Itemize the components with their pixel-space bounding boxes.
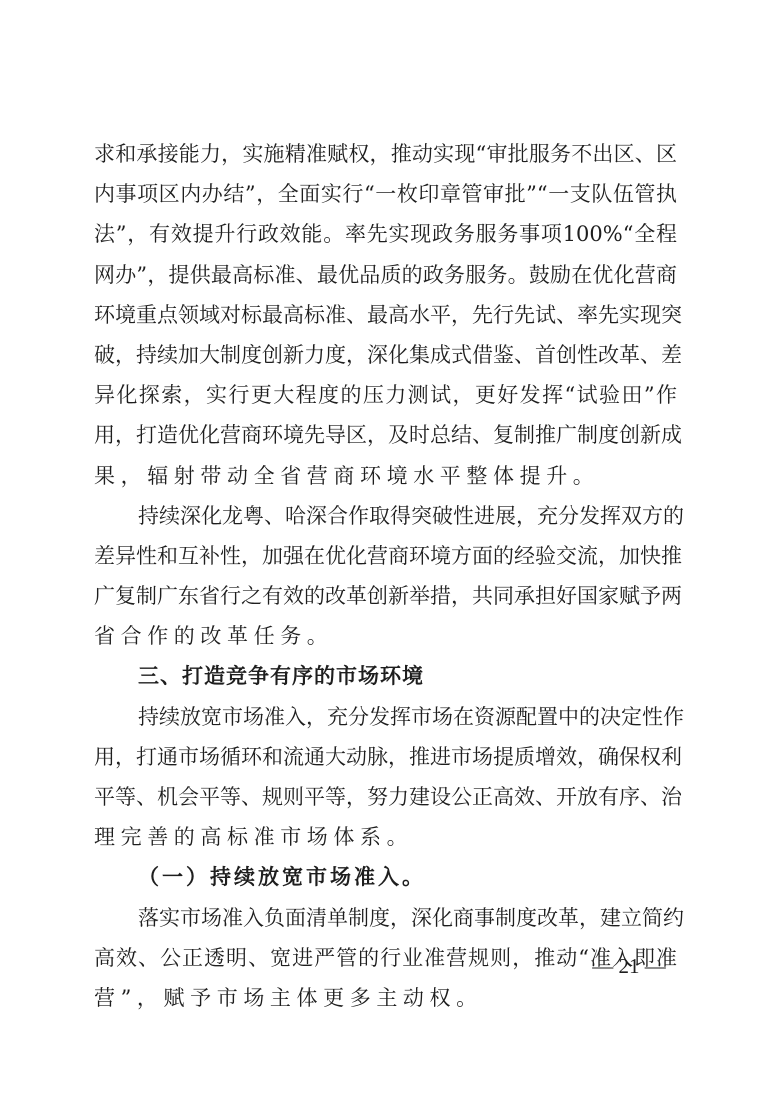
paragraph-line: 持续深化龙粤、哈深合作取得突破性进展，充分发挥双方的 [94, 496, 677, 536]
subsection-heading: （一）持续放宽市场准入。 [94, 857, 677, 897]
paragraph-line: 用，打造优化营商环境先导区，及时总结、复制推广制度创新成 [94, 415, 677, 455]
paragraph-line: 落实市场准入负面清单制度，深化商事制度改革，建立简约 [94, 898, 677, 938]
paragraph-line: 平等、机会平等、规则平等，努力建设公正高效、开放有序、治 [94, 777, 677, 817]
paragraph-line: 持续放宽市场准入，充分发挥市场在资源配置中的决定性作 [94, 697, 677, 737]
page-number: — 21 — [584, 954, 674, 979]
paragraph-line: 求和承接能力，实施精准赋权，推动实现“审批服务不出区、区 [94, 134, 677, 174]
paragraph-line: 法”，有效提升行政效能。率先实现政务服务事项100%“全程 [94, 214, 677, 254]
paragraph-line: 理完善的高标准市场体系。 [94, 817, 677, 857]
paragraph-line: 果，辐射带动全省营商环境水平整体提升。 [94, 456, 677, 496]
section-heading: 三、打造竞争有序的市场环境 [94, 656, 677, 696]
paragraph-line: 营”，赋予市场主体更多主动权。 [94, 978, 677, 1018]
paragraph-line: 异化探索，实行更大程度的压力测试，更好发挥“试验田”作 [94, 375, 677, 415]
paragraph-line: 环境重点领域对标最高标准、最高水平，先行先试、率先实现突 [94, 295, 677, 335]
paragraph-line: 省合作的改革任务。 [94, 616, 677, 656]
paragraph-line: 内事项区内办结”，全面实行“一枚印章管审批”“一支队伍管执 [94, 174, 677, 214]
paragraph-line: 网办”，提供最高标准、最优品质的政务服务。鼓励在优化营商 [94, 255, 677, 295]
paragraph-line: 差异性和互补性，加强在优化营商环境方面的经验交流，加快推 [94, 536, 677, 576]
paragraph-line: 广复制广东省行之有效的改革创新举措，共同承担好国家赋予两 [94, 576, 677, 616]
document-page: 求和承接能力，实施精准赋权，推动实现“审批服务不出区、区 内事项区内办结”，全面… [94, 134, 677, 1018]
paragraph-line: 用，打通市场循环和流通大动脉，推进市场提质增效，确保权利 [94, 737, 677, 777]
paragraph-line: 破，持续加大制度创新力度，深化集成式借鉴、首创性改革、差 [94, 335, 677, 375]
